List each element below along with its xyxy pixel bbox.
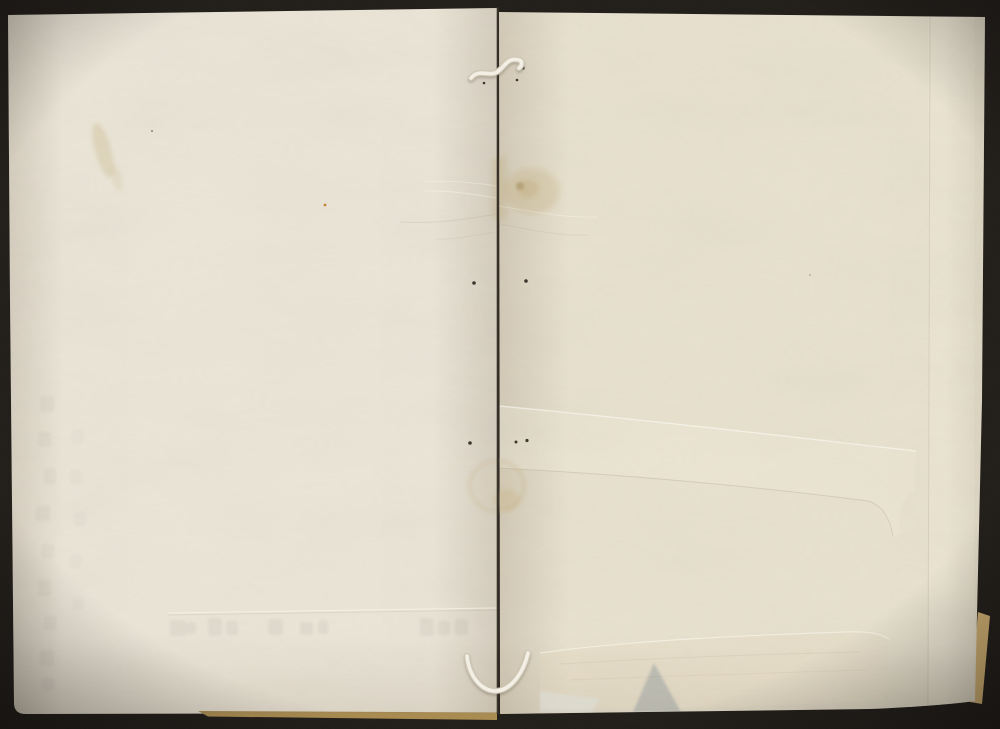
photo-vignette	[0, 0, 1000, 729]
book-photograph	[0, 0, 1000, 729]
